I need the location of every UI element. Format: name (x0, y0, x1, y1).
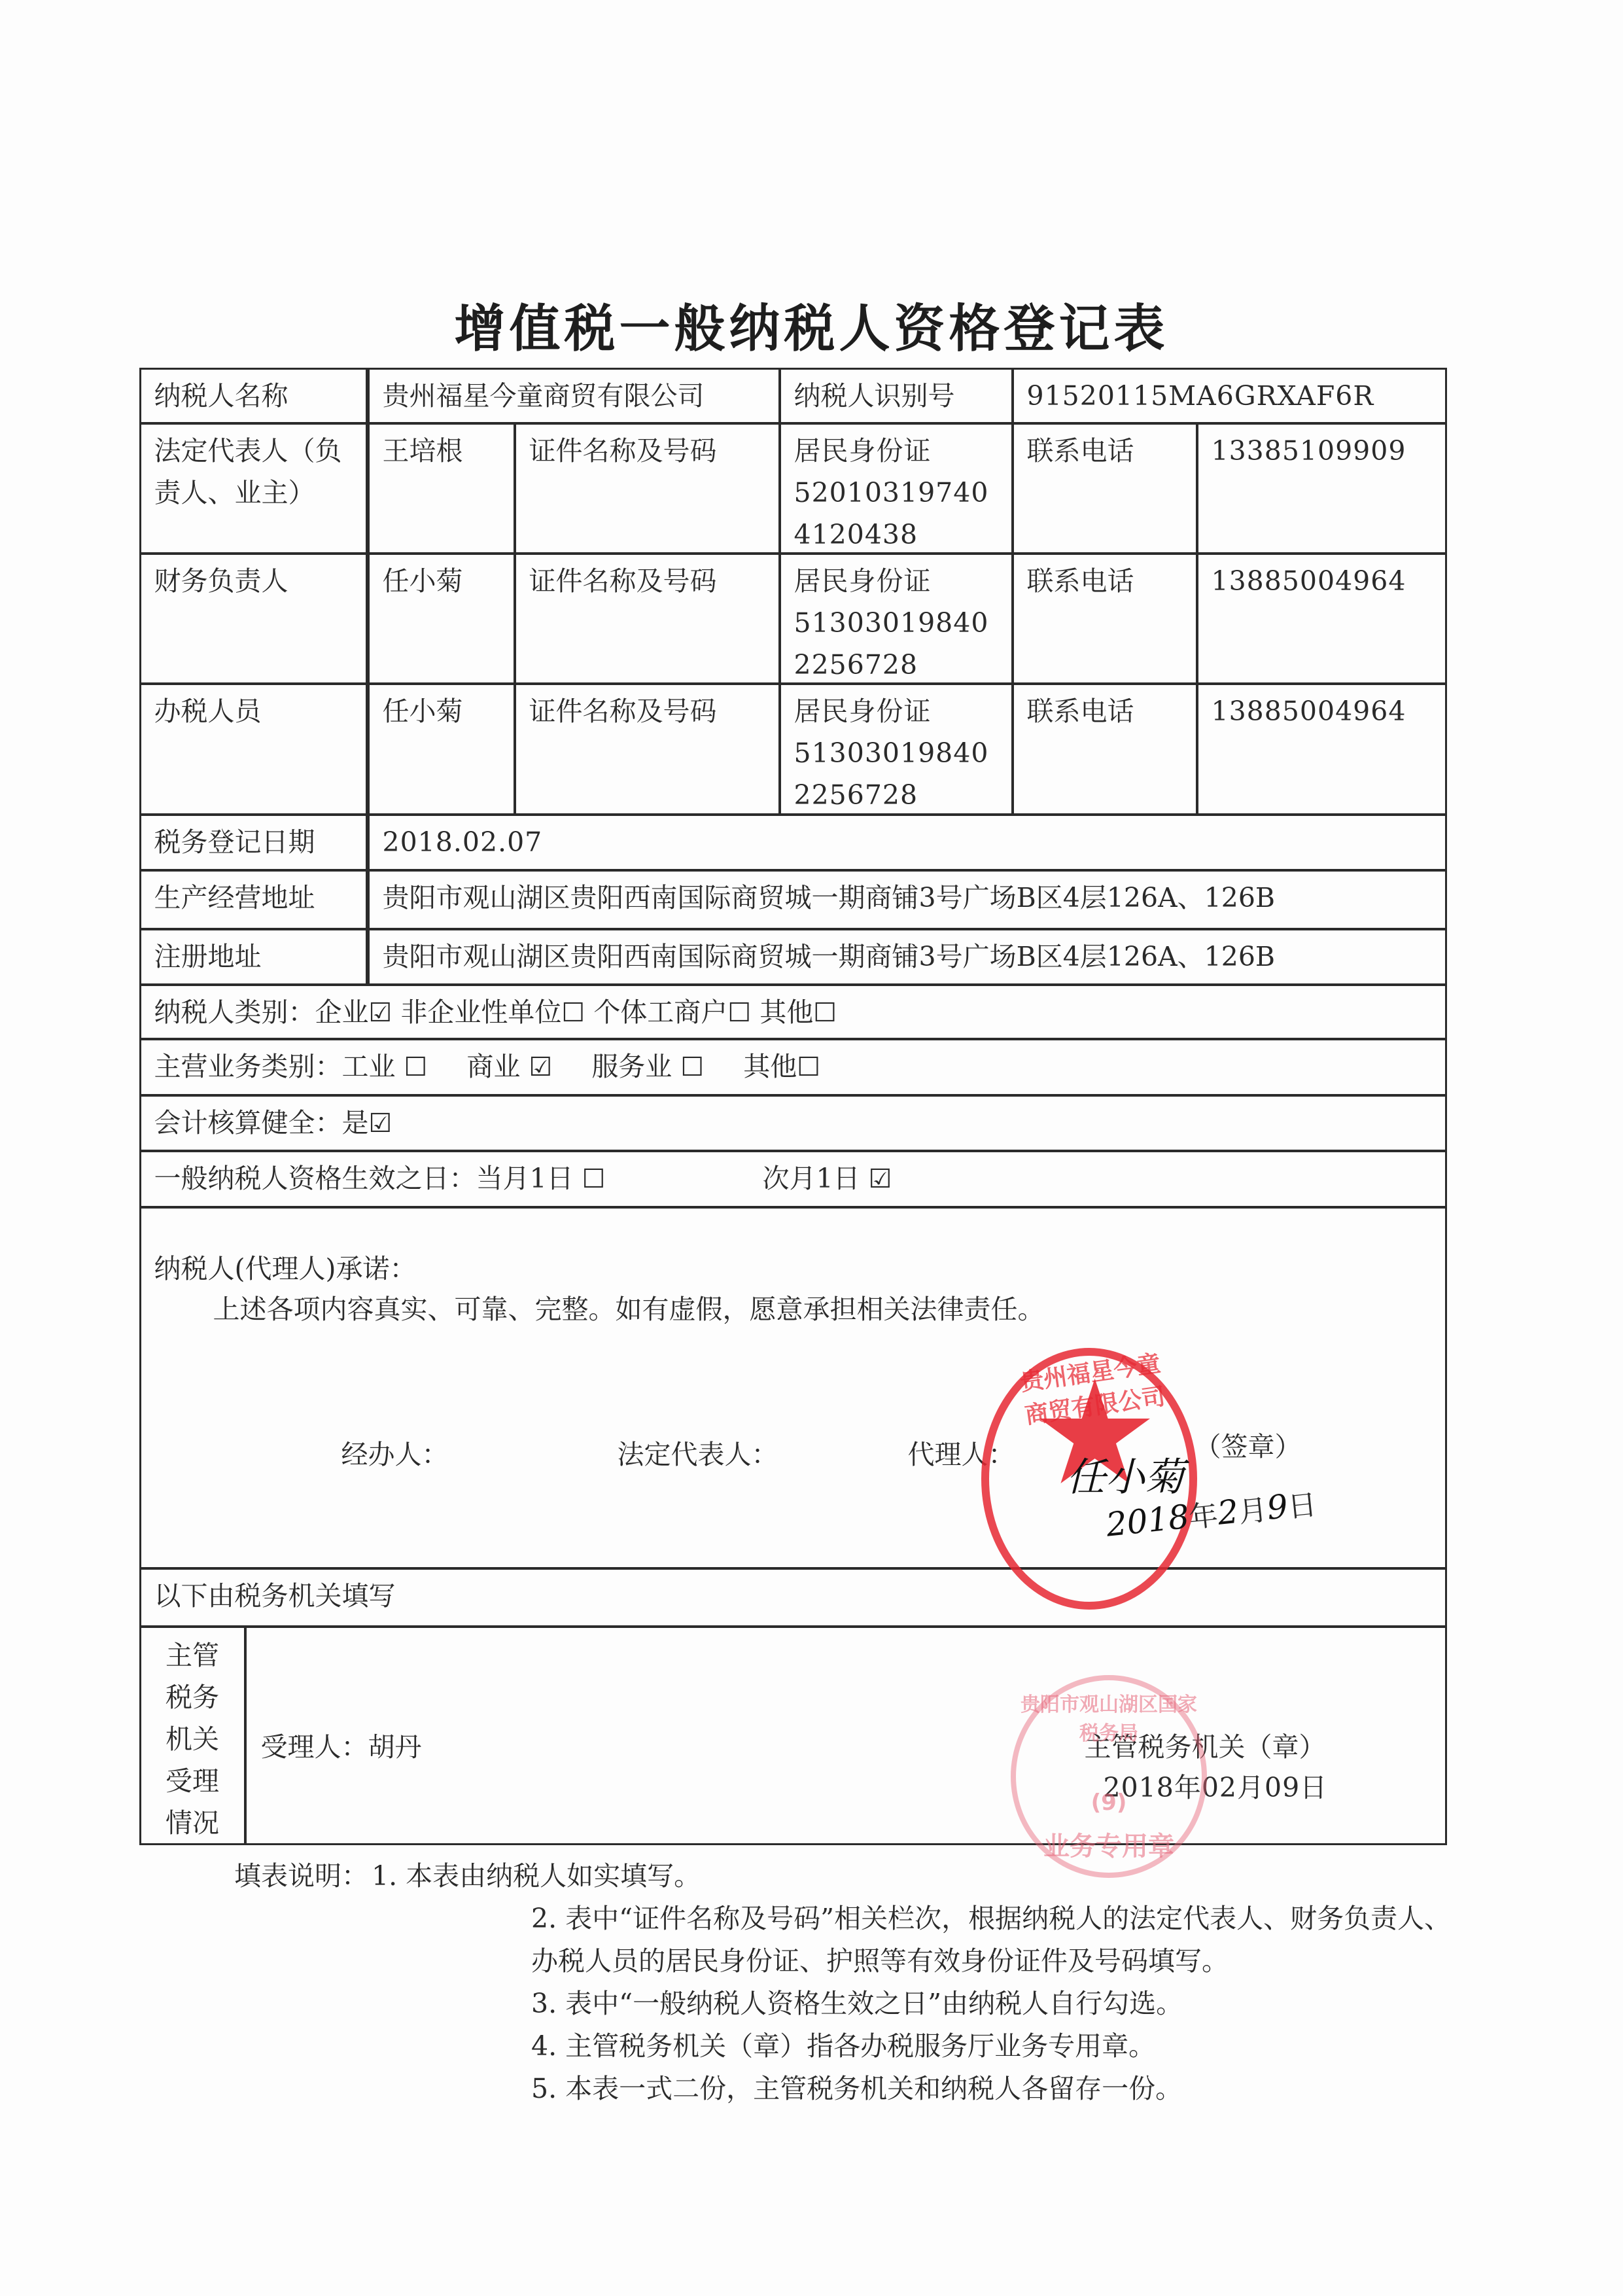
business-category-row: 主营业务类别：工业 ☐商业 ☑服务业 ☐其他☐ (139, 1038, 1447, 1096)
option-label: 当月1日 (476, 1163, 574, 1194)
receiver: 受理人：胡丹 (261, 1726, 422, 1768)
option-services[interactable]: 服务业 ☐ (591, 1046, 704, 1088)
checkbox-empty-icon[interactable]: ☐ (680, 1052, 704, 1082)
legal-rep-label: 法定代表人： (618, 1434, 778, 1475)
doc-type: 居民身份证 (794, 435, 932, 467)
taxpayer-id-label: 纳税人识别号 (779, 368, 1013, 424)
note-item: 5. 本表一式二份，主管税务机关和纳税人各留存一份。 (531, 2068, 1182, 2110)
option-label: 是 (342, 1107, 369, 1139)
person-doc[interactable]: 居民身份证 513030198402256728 (779, 553, 1013, 684)
option-label: 次月1日 (763, 1163, 860, 1194)
note-item: 4. 主管税务机关（章）指各办税服务厅业务专用章。 (531, 2025, 1155, 2068)
official-seal-bottom-text: 业务专用章 (1021, 1826, 1197, 1863)
year-char: 年 (1187, 1498, 1219, 1534)
sign-year: 2018 (1104, 1498, 1191, 1544)
person-role: 财务负责人 (139, 553, 368, 684)
side-label-line: 情况 (147, 1802, 239, 1844)
accounting-row: 会计核算健全：是☑ (139, 1095, 1447, 1152)
person-name[interactable]: 任小菊 (368, 553, 515, 684)
note-item: 3. 表中“一般纳税人资格生效之日”由纳税人自行勾选。 (531, 1983, 1183, 2025)
registered-address-value[interactable]: 贵阳市观山湖区贵阳西南国际商贸城一期商铺3号广场B区4层126A、126B (368, 928, 1447, 985)
tax-authority-header: 以下由税务机关填写 (139, 1568, 1447, 1627)
doc-type: 居民身份证 (794, 565, 932, 597)
side-label-line: 受理 (147, 1760, 239, 1802)
person-doc-label: 证件名称及号码 (514, 553, 780, 684)
registration-date-label: 税务登记日期 (139, 814, 368, 871)
option-other[interactable]: 其他☐ (743, 1046, 820, 1088)
person-phone-label: 联系电话 (1012, 553, 1198, 684)
option-label: 工业 (342, 1051, 396, 1082)
option-label: 其他 (759, 997, 813, 1028)
agent-signature: 任小菊 (1066, 1446, 1184, 1502)
taxpayer-category-row: 纳税人类别：企业☑ 非企业性单位☐ 个体工商户☐ 其他☐ (139, 984, 1447, 1040)
side-label-line: 税务 (147, 1676, 239, 1718)
checkbox-checked-icon[interactable]: ☑ (369, 998, 393, 1028)
business-address-label: 生产经营地址 (139, 870, 368, 930)
person-phone-label: 联系电话 (1012, 683, 1198, 815)
option-yes[interactable]: 是☑ (342, 1107, 393, 1139)
business-category-label: 主营业务类别： (154, 1051, 342, 1082)
person-name[interactable]: 任小菊 (368, 683, 515, 815)
checkbox-empty-icon[interactable]: ☐ (797, 1052, 820, 1082)
agent-label: 代理人： (908, 1434, 1015, 1475)
registration-date-value[interactable]: 2018.02.07 (368, 814, 1447, 871)
checkbox-empty-icon[interactable]: ☐ (582, 1164, 606, 1194)
person-doc[interactable]: 居民身份证 520103197404120438 (779, 423, 1013, 554)
taxpayer-category-label: 纳税人类别： (154, 997, 315, 1028)
option-commerce[interactable]: 商业 ☑ (466, 1046, 552, 1088)
checkbox-empty-icon[interactable]: ☐ (813, 998, 837, 1028)
checkbox-checked-icon[interactable]: ☑ (529, 1052, 552, 1082)
option-current-month[interactable]: 当月1日 ☐ (476, 1157, 606, 1200)
note-item: 1. 本表由纳税人如实填写。 (372, 1855, 701, 1898)
taxpayer-name-label: 纳税人名称 (139, 368, 368, 424)
option-non-enterprise[interactable]: 非企业性单位☐ (400, 997, 585, 1028)
business-address-value[interactable]: 贵阳市观山湖区贵阳西南国际商贸城一期商铺3号广场B区4层126A、126B (368, 870, 1447, 930)
person-name[interactable]: 王培根 (368, 423, 515, 554)
person-role: 办税人员 (139, 683, 368, 815)
notes-label: 填表说明： (234, 1855, 368, 1898)
commitment-heading: 纳税人(代理人)承诺： (154, 1248, 417, 1290)
tax-authority-body: 受理人：胡丹 主管税务机关（章） 2018年02月09日 (245, 1626, 1447, 1845)
taxpayer-name-value[interactable]: 贵州福星今童商贸有限公司 (368, 368, 780, 424)
person-phone-label: 联系电话 (1012, 423, 1198, 554)
form-title: 增值税一般纳税人资格登记表 (0, 288, 1623, 361)
checkbox-checked-icon[interactable]: ☑ (869, 1164, 892, 1194)
person-doc-label: 证件名称及号码 (514, 683, 780, 815)
month-char: 月 (1237, 1493, 1269, 1529)
doc-type: 居民身份证 (794, 696, 932, 727)
option-label: 企业 (315, 997, 369, 1028)
checkbox-checked-icon[interactable]: ☑ (369, 1108, 393, 1139)
official-seal-top-text: 贵阳市观山湖区国家税务局 (1021, 1688, 1197, 1746)
registered-address-label: 注册地址 (139, 928, 368, 985)
effective-date-row: 一般纳税人资格生效之日：当月1日 ☐次月1日 ☑ (139, 1150, 1447, 1208)
option-other[interactable]: 其他☐ (759, 997, 837, 1028)
effective-date-label: 一般纳税人资格生效之日： (154, 1163, 476, 1194)
option-next-month[interactable]: 次月1日 ☑ (763, 1157, 892, 1200)
doc-number: 513030198402256728 (794, 607, 989, 680)
option-industry[interactable]: 工业 ☐ (342, 1046, 428, 1088)
receiver-name: 胡丹 (368, 1731, 422, 1763)
doc-number: 513030198402256728 (794, 737, 989, 811)
receiver-label: 受理人： (261, 1731, 368, 1763)
option-individual-business[interactable]: 个体工商户☐ (593, 997, 751, 1028)
accounting-label: 会计核算健全： (154, 1107, 342, 1139)
side-label-line: 主管 (147, 1634, 239, 1676)
option-label: 商业 (466, 1051, 520, 1082)
option-label: 个体工商户 (593, 997, 727, 1028)
side-label-line: 机关 (147, 1718, 239, 1760)
person-role: 法定代表人（负责人、业主） (139, 423, 368, 554)
day-char: 日 (1286, 1488, 1318, 1524)
person-phone[interactable]: 13385109909 (1196, 423, 1447, 554)
option-label: 非企业性单位 (400, 997, 561, 1028)
commitment-text: 上述各项内容真实、可靠、完整。如有虚假，愿意承担相关法律责任。 (213, 1288, 1045, 1330)
checkbox-empty-icon[interactable]: ☐ (404, 1052, 428, 1082)
option-label: 其他 (743, 1051, 797, 1082)
official-seal-number: (9) (1021, 1790, 1197, 1816)
taxpayer-id-value[interactable]: 91520115MA6GRXAF6R (1012, 368, 1447, 424)
registration-table: 纳税人名称 贵州福星今童商贸有限公司 纳税人识别号 91520115MA6GRX… (140, 368, 1446, 1845)
person-phone[interactable]: 13885004964 (1196, 683, 1447, 815)
handler-label: 经办人： (341, 1434, 449, 1475)
note-item: 2. 表中“证件名称及号码”相关栏次，根据纳税人的法定代表人、财务负责人、 (531, 1898, 1451, 1940)
option-enterprise[interactable]: 企业☑ (315, 997, 393, 1028)
option-label: 服务业 (591, 1051, 672, 1082)
person-doc-label: 证件名称及号码 (514, 423, 780, 554)
note-item: 办税人员的居民身份证、护照等有效身份证件及号码填写。 (531, 1940, 1229, 1983)
checkbox-empty-icon[interactable]: ☐ (561, 998, 585, 1028)
sign-seal-label: （签章） (1195, 1426, 1302, 1468)
tax-authority-side-label: 主管 税务 机关 受理 情况 (139, 1626, 246, 1845)
person-phone[interactable]: 13885004964 (1196, 553, 1447, 684)
person-doc[interactable]: 居民身份证 513030198402256728 (779, 683, 1013, 815)
checkbox-empty-icon[interactable]: ☐ (727, 998, 751, 1028)
doc-number: 520103197404120438 (794, 477, 989, 550)
